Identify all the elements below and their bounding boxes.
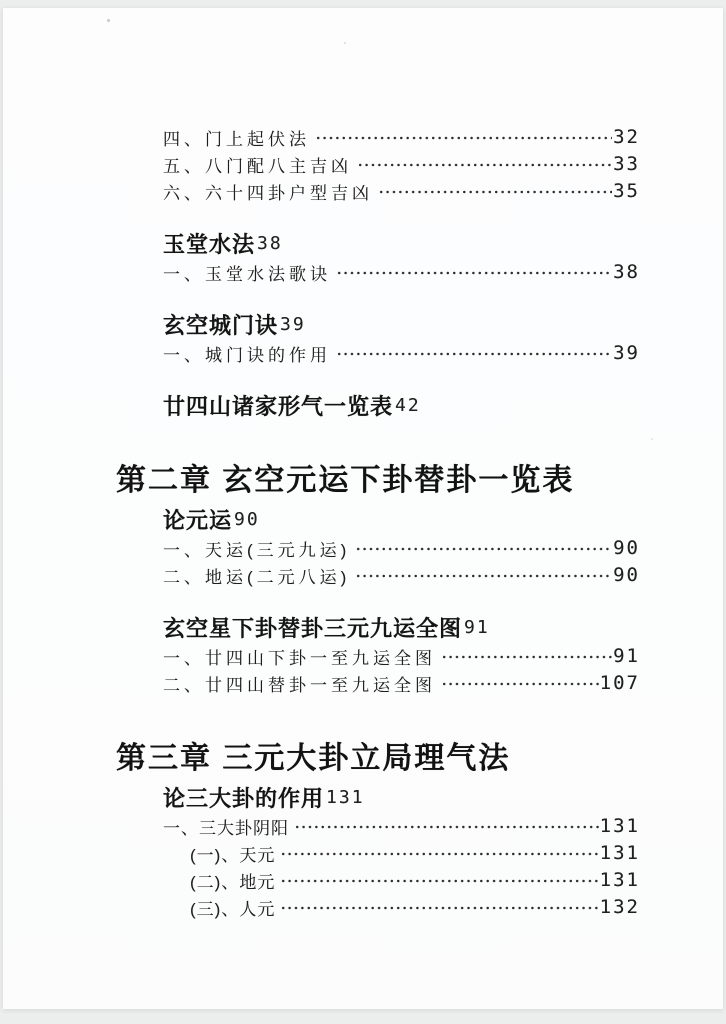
leader-dots xyxy=(280,878,598,884)
entry-label: (一)、天元 xyxy=(190,841,275,866)
entry-page-number: 38 xyxy=(613,261,640,283)
toc-entry: 一、玉堂水法歌诀38 xyxy=(163,259,640,285)
scan-speck xyxy=(651,438,653,440)
entry-page-number: 32 xyxy=(613,126,640,148)
scanned-page-sheet: 四、门上起伏法32五、八门配八主吉凶33六、六十四卦户型吉凶35玉堂水法38一、… xyxy=(3,8,723,1009)
entry-label: 二、廿四山替卦一至九运全图 xyxy=(163,671,436,696)
section-heading: 廿四山诸家形气一览表42 xyxy=(163,392,640,418)
section-title: 廿四山诸家形气一览表 xyxy=(163,390,393,421)
entry-page-number: 90 xyxy=(613,537,640,559)
section-page-number: 39 xyxy=(280,314,306,335)
entry-page-number: 131 xyxy=(600,815,640,837)
entry-page-number: 33 xyxy=(613,153,640,175)
toc-section: 论元运90一、天运(三元九运)90二、地运(二元八运)90 xyxy=(116,506,640,588)
entry-page-number: 107 xyxy=(600,672,640,694)
toc-entry: 二、地运(二元八运)90 xyxy=(163,562,640,588)
entry-list: 一、玉堂水法歌诀38 xyxy=(116,259,640,285)
entry-page-number: 131 xyxy=(600,842,640,864)
section-page-number: 42 xyxy=(395,395,421,416)
entry-page-number: 39 xyxy=(613,342,640,364)
entry-page-number: 131 xyxy=(600,869,640,891)
toc-entry: 五、八门配八主吉凶33 xyxy=(163,151,640,177)
entry-list: 一、城门诀的作用39 xyxy=(116,340,640,366)
toc-item-group: 四、门上起伏法32五、八门配八主吉凶33六、六十四卦户型吉凶35 xyxy=(116,124,640,204)
toc-entry: (一)、天元131 xyxy=(190,840,640,866)
section-page-number: 91 xyxy=(464,617,490,638)
section-heading: 论元运90 xyxy=(163,506,640,532)
entry-page-number: 90 xyxy=(613,564,640,586)
chapter-heading: 第二章 玄空元运下卦替卦一览表 xyxy=(116,464,640,498)
entry-page-number: 91 xyxy=(613,645,640,667)
section-title: 论三大卦的作用 xyxy=(163,782,324,813)
section-heading: 玄空城门诀39 xyxy=(163,311,640,337)
toc-entry: 一、廿四山下卦一至九运全图91 xyxy=(163,643,640,669)
toc-entry: 一、三大卦阴阳131 xyxy=(163,813,640,839)
leader-dots xyxy=(336,351,612,357)
toc-entry: (三)、人元132 xyxy=(190,894,640,920)
entry-label: 一、城门诀的作用 xyxy=(163,341,331,366)
entry-label: 一、玉堂水法歌诀 xyxy=(163,260,331,285)
entry-page-number: 35 xyxy=(613,180,640,202)
section-page-number: 131 xyxy=(326,787,365,808)
toc-entry: 一、天运(三元九运)90 xyxy=(163,535,640,561)
section-title: 玄空城门诀 xyxy=(163,309,278,340)
entry-list: 一、三大卦阴阳131(一)、天元131(二)、地元131(三)、人元132 xyxy=(116,813,640,920)
entry-label: 二、地运(二元八运) xyxy=(163,563,350,588)
toc: 四、门上起伏法32五、八门配八主吉凶33六、六十四卦户型吉凶35玉堂水法38一、… xyxy=(116,124,640,920)
leader-dots xyxy=(336,270,612,276)
toc-section: 廿四山诸家形气一览表42 xyxy=(116,392,640,418)
toc-section: 论三大卦的作用131一、三大卦阴阳131(一)、天元131(二)、地元131(三… xyxy=(116,784,640,920)
toc-entry: 一、城门诀的作用39 xyxy=(163,340,640,366)
toc-section: 玄空星下卦替卦三元九运全图91一、廿四山下卦一至九运全图91二、廿四山替卦一至九… xyxy=(116,614,640,696)
entry-label: 一、三大卦阴阳 xyxy=(163,814,289,839)
leader-dots xyxy=(315,135,612,141)
leader-dots xyxy=(355,573,612,579)
chapter-title: 第二章 玄空元运下卦替卦一览表 xyxy=(116,464,640,498)
leader-dots xyxy=(294,824,599,830)
entry-label: (三)、人元 xyxy=(190,895,275,920)
toc-entry: 二、廿四山替卦一至九运全图107 xyxy=(163,670,640,696)
scan-speck xyxy=(107,19,110,22)
toc-section: 玄空城门诀39一、城门诀的作用39 xyxy=(116,311,640,366)
section-title: 玉堂水法 xyxy=(163,228,255,259)
entry-list: 四、门上起伏法32五、八门配八主吉凶33六、六十四卦户型吉凶35 xyxy=(116,124,640,204)
toc-entry: 四、门上起伏法32 xyxy=(163,124,640,150)
entry-list: 一、廿四山下卦一至九运全图91二、廿四山替卦一至九运全图107 xyxy=(116,643,640,696)
toc-entry: (二)、地元131 xyxy=(190,867,640,893)
chapter-heading: 第三章 三元大卦立局理气法 xyxy=(116,742,640,776)
toc-section: 玉堂水法38一、玉堂水法歌诀38 xyxy=(116,230,640,285)
scan-speck xyxy=(344,42,346,44)
section-page-number: 38 xyxy=(257,233,283,254)
entry-label: 六、六十四卦户型吉凶 xyxy=(163,179,373,204)
section-page-number: 90 xyxy=(234,509,260,530)
leader-dots xyxy=(357,162,612,168)
entry-label: 一、天运(三元九运) xyxy=(163,536,350,561)
leader-dots xyxy=(355,546,612,552)
leader-dots xyxy=(378,189,612,195)
chapter-title: 第三章 三元大卦立局理气法 xyxy=(116,742,640,776)
leader-dots xyxy=(441,654,612,660)
entry-label: 一、廿四山下卦一至九运全图 xyxy=(163,644,436,669)
entry-label: (二)、地元 xyxy=(190,868,275,893)
entry-list: 一、天运(三元九运)90二、地运(二元八运)90 xyxy=(116,535,640,588)
entry-page-number: 132 xyxy=(600,896,640,918)
section-title: 论元运 xyxy=(163,504,232,535)
section-heading: 玉堂水法38 xyxy=(163,230,640,256)
leader-dots xyxy=(441,681,599,687)
section-heading: 玄空星下卦替卦三元九运全图91 xyxy=(163,614,640,640)
entry-label: 四、门上起伏法 xyxy=(163,125,310,150)
section-title: 玄空星下卦替卦三元九运全图 xyxy=(163,612,462,643)
section-heading: 论三大卦的作用131 xyxy=(163,784,640,810)
leader-dots xyxy=(280,905,598,911)
leader-dots xyxy=(280,851,598,857)
entry-label: 五、八门配八主吉凶 xyxy=(163,152,352,177)
toc-entry: 六、六十四卦户型吉凶35 xyxy=(163,178,640,204)
